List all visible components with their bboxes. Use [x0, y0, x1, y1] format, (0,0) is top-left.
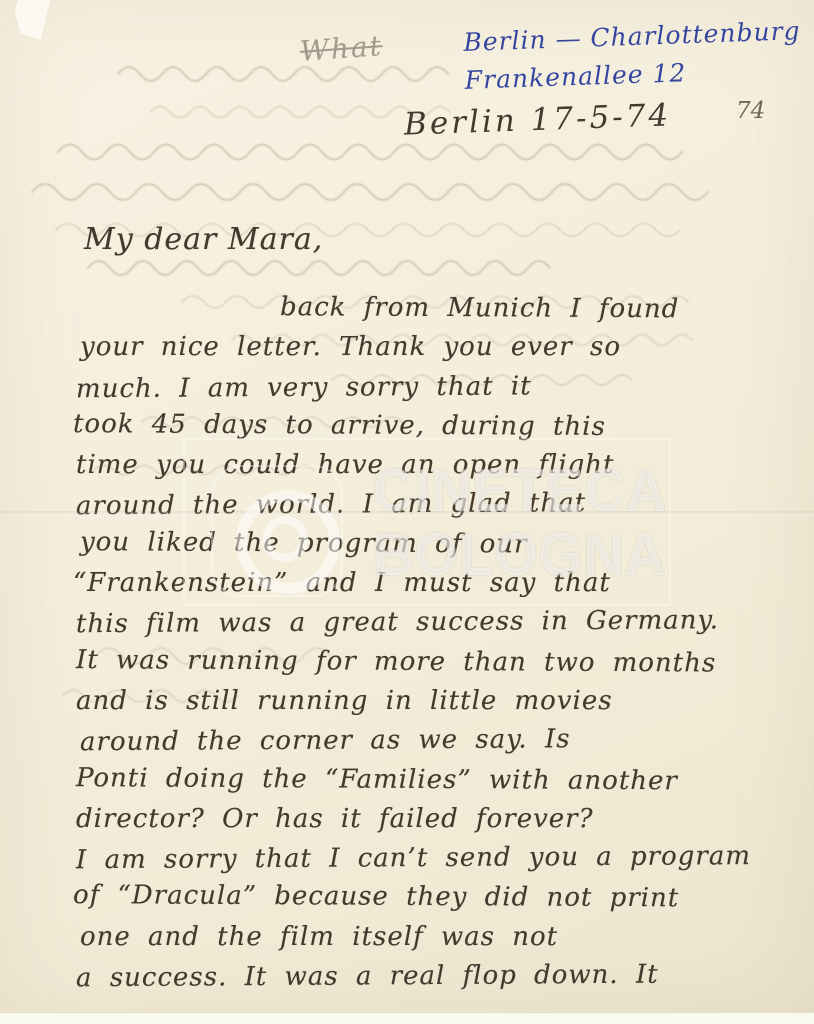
body-line: a success. It was a real flop down. It: [76, 955, 798, 999]
dateline: Berlin 17-5-74: [403, 97, 671, 142]
body-line: around the corner as we say. Is: [80, 719, 798, 763]
body-line: this film was a great success in Germany…: [76, 601, 798, 645]
body-line: and is still running in little movies: [76, 682, 798, 721]
body-line: much. I am very sorry that it: [76, 365, 798, 409]
body-line: back from Munich I found: [76, 287, 798, 330]
pencil-scribble: What: [299, 29, 384, 68]
body-line: of “Dracula” because they did not print: [73, 877, 798, 920]
body-line: took 45 days to arrive, during this: [73, 405, 798, 448]
body-line: “Frankenstein” and I must say that: [73, 564, 798, 603]
body-line: one and the film itself was not: [80, 918, 798, 957]
salutation: My dear Mara,: [84, 222, 323, 257]
fold-crease: [0, 511, 814, 516]
letter-body: back from Munich I found your nice lette…: [76, 289, 798, 996]
bottom-scan-edge: [0, 1012, 814, 1024]
letter-page: What Berlin — Charlottenburg Frankenalle…: [0, 0, 814, 1024]
body-line: Ponti doing the “Families” with another: [76, 759, 798, 802]
body-line: your nice letter. Thank you ever so: [80, 328, 798, 367]
body-line: you liked the program of our: [80, 523, 798, 566]
body-line: director? Or has it failed forever?: [76, 800, 798, 839]
body-line: time you could have an open flight: [76, 446, 798, 485]
body-line: I am sorry that I can’t send you a progr…: [76, 837, 798, 881]
body-line: It was running for more than two months: [76, 641, 798, 684]
body-line: around the world. I am glad that: [76, 483, 798, 527]
sender-address: Berlin — Charlottenburg Frankenallee 12: [463, 12, 803, 100]
tape-fragment: [11, 0, 50, 42]
archive-number: 74: [736, 98, 765, 124]
